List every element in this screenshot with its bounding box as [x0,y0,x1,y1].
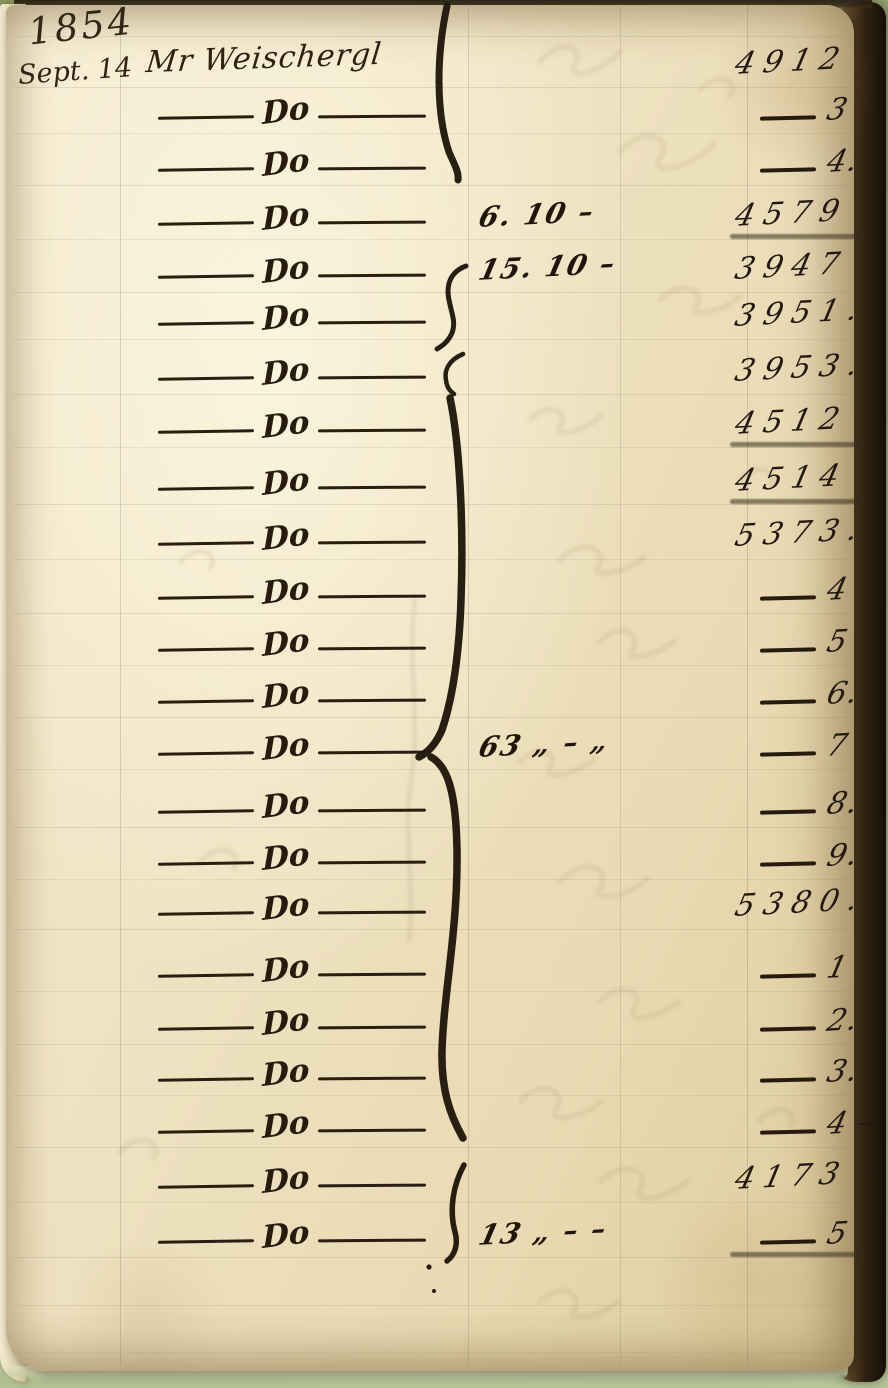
ruled-line [14,504,848,505]
fee-notation: 13 „ – – [476,1215,611,1250]
serial-underline [730,442,862,447]
ditto-mark: Do [262,145,310,182]
serial-underline [730,499,862,504]
ruled-line [14,665,848,666]
ruled-line [14,87,848,88]
ruled-line [14,991,848,992]
ruled-line [14,1044,848,1045]
ditto-mark: Do [262,951,310,988]
ruled-line [14,339,848,340]
serial-number: 4512 [732,404,851,440]
ruled-line [14,133,848,134]
paper-stain [46,1245,246,1385]
ditto-mark: Do [262,464,310,501]
ditto-mark: Do [262,1217,310,1254]
ruled-line [14,769,848,770]
column-rule [620,4,621,1366]
ruled-line [14,394,848,395]
serial-underline [730,1252,862,1257]
ruled-line [14,1352,848,1353]
ditto-mark: Do [262,299,310,336]
ditto-mark: Do [262,93,310,130]
serial-number: 5373. [732,515,870,552]
ruled-line [14,929,848,930]
serial-number: 4579 [732,196,851,232]
serial-number: 4514 [732,461,851,497]
ruled-line [14,239,848,240]
ditto-mark: Do [262,1107,310,1144]
column-rule [468,4,469,1366]
serial-underline [730,234,862,239]
ruled-line [14,36,848,37]
ruled-line [14,1095,848,1096]
ditto-mark: Do [262,407,310,444]
ruled-line [14,1305,848,1306]
ditto-mark: Do [262,252,310,289]
ledger-page [6,5,854,1371]
ditto-mark: Do [262,787,310,824]
customer-name: Mr Weischergl [144,40,383,78]
ditto-mark: Do [262,1055,310,1092]
fee-notation: 63 „ – „ [476,727,613,762]
year-heading: 1854 [26,3,135,51]
ditto-mark: Do [262,889,310,926]
ditto-mark: Do [262,573,310,610]
serial-number: 3951. [732,295,870,332]
ditto-mark: Do [262,729,310,766]
entry-date: Sept. 14 [17,54,133,89]
ruled-line [14,447,848,448]
ditto-mark: Do [262,677,310,714]
serial-number: 4 – [824,1107,878,1140]
ditto-mark: Do [262,1004,310,1041]
paper-stain [646,1185,866,1385]
ditto-mark: Do [262,1162,310,1199]
ruled-line [14,613,848,614]
ditto-mark: Do [262,839,310,876]
serial-number: 4912 [732,44,851,80]
ruled-line [14,185,848,186]
column-rule [120,4,121,1366]
ruled-line [14,879,848,880]
ditto-mark: Do [262,519,310,556]
ruled-line [14,1147,848,1148]
serial-number: 3947 [732,249,851,285]
ruled-line [14,292,848,293]
serial-number: 4173 – [732,1156,888,1195]
scanned-ledger-photo: { "document": { "kind": "handwritten led… [0,0,888,1388]
ruled-line [14,827,848,828]
ruled-line [14,1257,848,1258]
ruled-line [14,717,848,718]
fee-notation: 6. 10 – [476,198,598,232]
ditto-mark: Do [262,625,310,662]
photo-stage: Mr Weischergl4912Do3Do4.Do6. 10 –4579Do1… [0,0,888,1388]
serial-number: 5380. [732,885,870,922]
ditto-mark: Do [262,354,310,391]
fee-notation: 15. 10 – [476,249,620,285]
ditto-mark: Do [262,199,310,236]
ruled-line [14,559,848,560]
ruled-line [14,1202,848,1203]
serial-number: 3953. [732,350,870,387]
